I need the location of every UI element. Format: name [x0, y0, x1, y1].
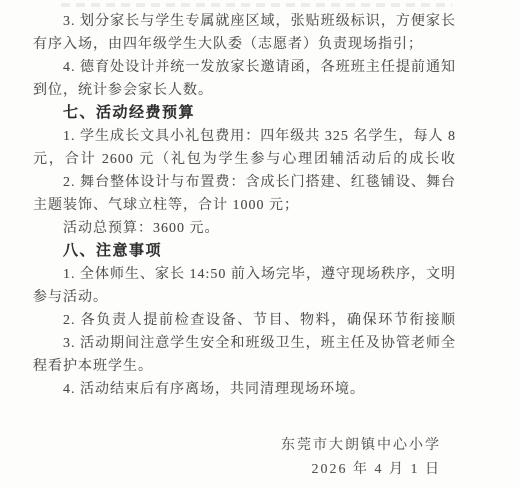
paragraph-line: 活动总预算：3600 元。	[33, 217, 456, 240]
paragraph-line: 主题装饰、气球立柱等，合计 1000 元；	[33, 194, 456, 217]
paragraph-line: 3. 活动期间注意学生安全和班级卫生，班主任及协管老师全	[33, 332, 456, 355]
signature-school: 东莞市大朗镇中心小学	[33, 434, 456, 458]
paragraph-line: 1. 学生成长文具小礼包费用：四年级共 325 名学生，每人 8	[33, 125, 456, 148]
paragraph-line: 程看护本班学生。	[33, 355, 456, 378]
paragraph-line: 4. 活动结束后有序离场，共同清理现场环境。	[33, 378, 456, 401]
section-heading-notes: 八、注意事项	[33, 240, 456, 263]
paragraph-line: 2. 各负责人提前检查设备、节目、物料，确保环节衔接顺畅。	[33, 309, 456, 332]
document-page: 3. 划分家长与学生专属就座区域，张贴班级标识，方便家长 有序入场，由四年级学生…	[0, 0, 520, 488]
paragraph-line: 元，合计 2600 元（礼包为学生参与心理团辅活动后的成长收获）；	[33, 148, 456, 171]
paragraph-line: 3. 划分家长与学生专属就座区域，张贴班级标识，方便家长	[33, 10, 456, 33]
signature-block: 东莞市大朗镇中心小学 2026 年 4 月 1 日	[33, 434, 456, 482]
paragraph-line: 4. 德育处设计并统一发放家长邀请函，各班班主任提前通知	[33, 56, 456, 79]
signature-date: 2026 年 4 月 1 日	[33, 458, 456, 482]
paragraph-line: 到位，统计参会家长人数。	[33, 79, 456, 102]
paragraph-line: 有序入场，由四年级学生大队委（志愿者）负责现场指引；	[33, 33, 456, 56]
paragraph-line: 2. 舞台整体设计与布置费：含成长门搭建、红毯铺设、舞台	[33, 171, 456, 194]
section-heading-budget: 七、活动经费预算	[33, 102, 456, 125]
paragraph-line: 1. 全体师生、家长 14:50 前入场完毕，遵守现场秩序，文明	[33, 263, 456, 286]
cropped-line-remnant	[61, 3, 452, 7]
paragraph-line: 参与活动。	[33, 286, 456, 309]
